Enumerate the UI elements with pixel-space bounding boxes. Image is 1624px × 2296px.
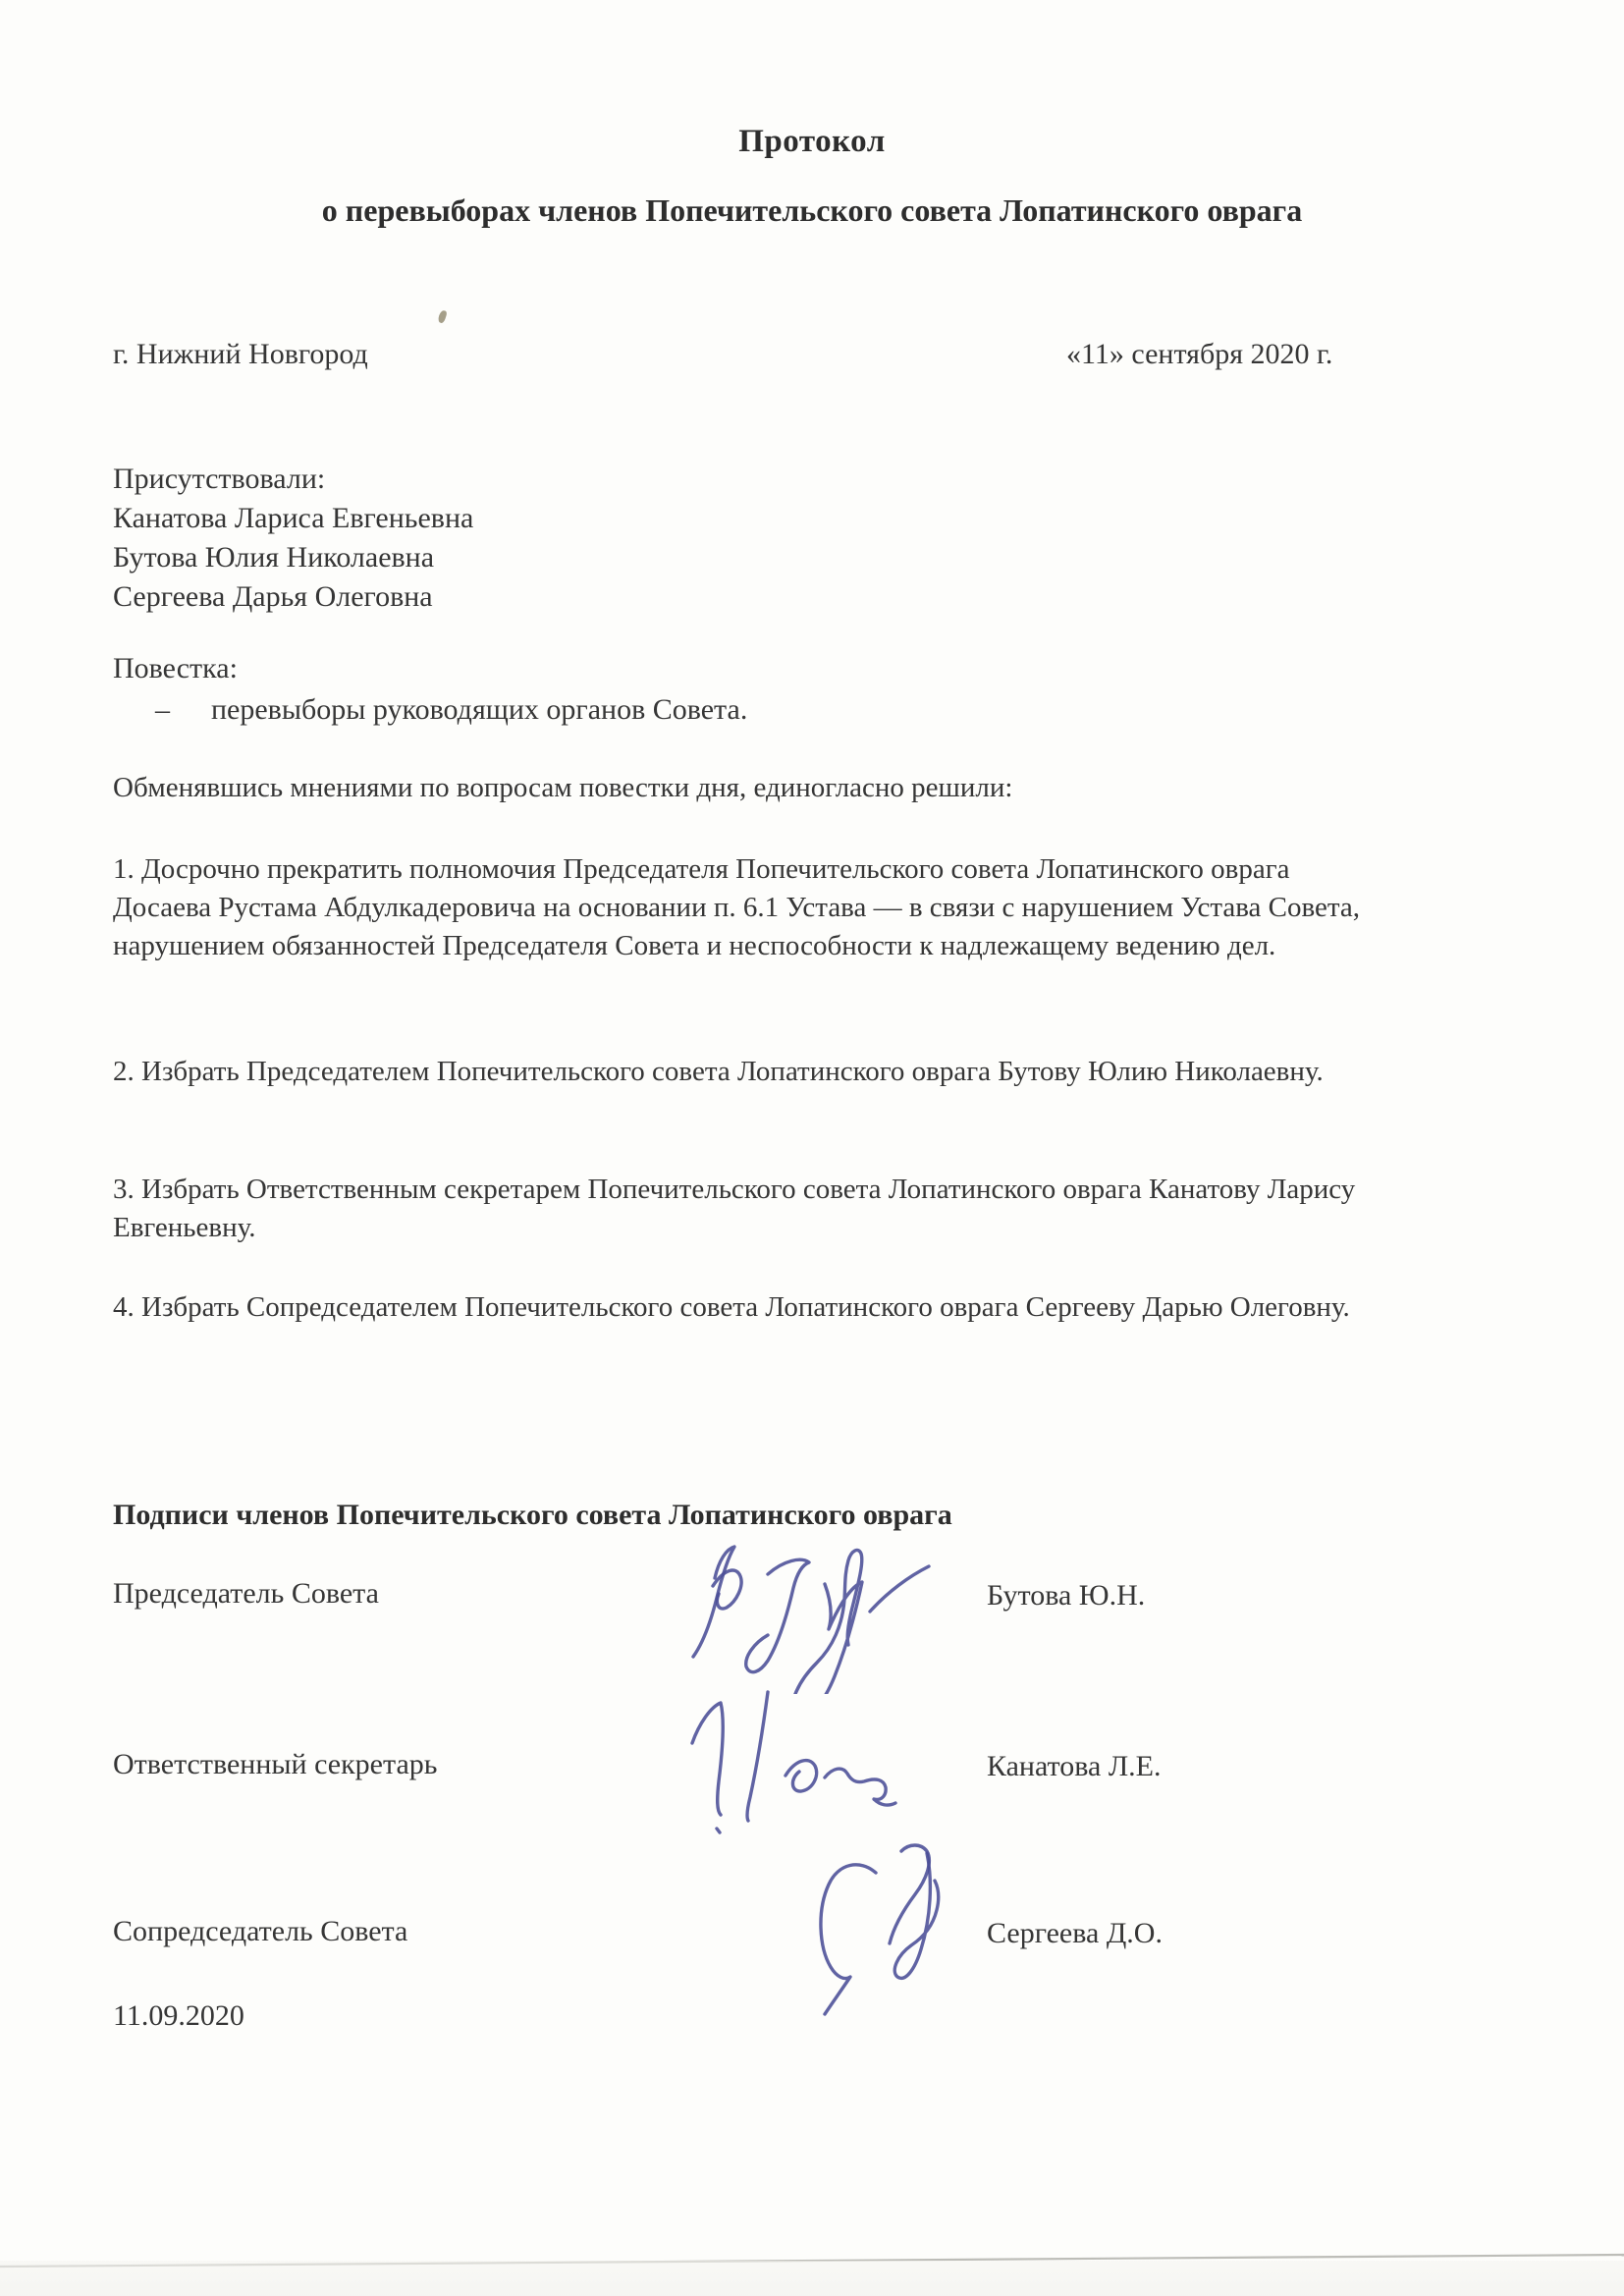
document-subtitle: о перевыборах членов Попечительского сов… xyxy=(0,192,1624,229)
agenda-item-text: перевыборы руководящих органов Совета. xyxy=(211,693,747,727)
resolution-paragraph-2: 2. Избрать Председателем Попечительского… xyxy=(113,1053,1389,1091)
butova-signature-ink xyxy=(677,1527,933,1694)
resolution-intro: Обменявшись мнениями по вопросам повестк… xyxy=(113,772,1012,804)
footer-date: 11.09.2020 xyxy=(113,1999,244,2033)
signer-name-kanatova: Канатова Л.Е. xyxy=(987,1750,1162,1783)
role-label-chairman: Председатель Совета xyxy=(113,1577,379,1611)
attendees-heading: Присутствовали: xyxy=(113,460,473,499)
attendee-name: Сергеева Дарья Олеговна xyxy=(113,577,473,617)
attendee-name: Бутова Юлия Николаевна xyxy=(113,538,473,577)
attendee-name: Канатова Лариса Евгеньевна xyxy=(113,499,473,538)
role-label-cochairman: Сопредседатель Совета xyxy=(113,1915,407,1948)
agenda-heading: Повестка: xyxy=(113,652,238,685)
resolution-paragraph-1: 1. Досрочно прекратить полномочия Предсе… xyxy=(113,850,1389,965)
signer-name-sergeeva: Сергеева Д.О. xyxy=(987,1917,1163,1950)
agenda-item: – перевыборы руководящих органов Совета. xyxy=(155,693,747,727)
date-label: «11» сентября 2020 г. xyxy=(1066,338,1332,371)
scan-background-strip xyxy=(0,2261,1624,2296)
document-title: Протокол xyxy=(0,124,1624,160)
scan-speck-artifact xyxy=(437,309,448,324)
agenda-bullet: – xyxy=(155,693,170,727)
signer-name-butova: Бутова Ю.Н. xyxy=(987,1579,1145,1613)
role-label-secretary: Ответственный секретарь xyxy=(113,1748,437,1781)
scanned-protocol-page: Протокол о перевыборах членов Попечитель… xyxy=(0,0,1624,2296)
kanatova-signature-ink xyxy=(638,1684,933,1851)
resolution-paragraph-3: 3. Избрать Ответственным секретарем Попе… xyxy=(113,1171,1389,1247)
resolution-paragraph-4: 4. Избрать Сопредседателем Попечительско… xyxy=(113,1288,1389,1327)
city-label: г. Нижний Новгород xyxy=(113,338,368,371)
sergeeva-signature-ink xyxy=(785,1841,962,2028)
attendees-block: Присутствовали: Канатова Лариса Евгеньев… xyxy=(113,460,473,617)
